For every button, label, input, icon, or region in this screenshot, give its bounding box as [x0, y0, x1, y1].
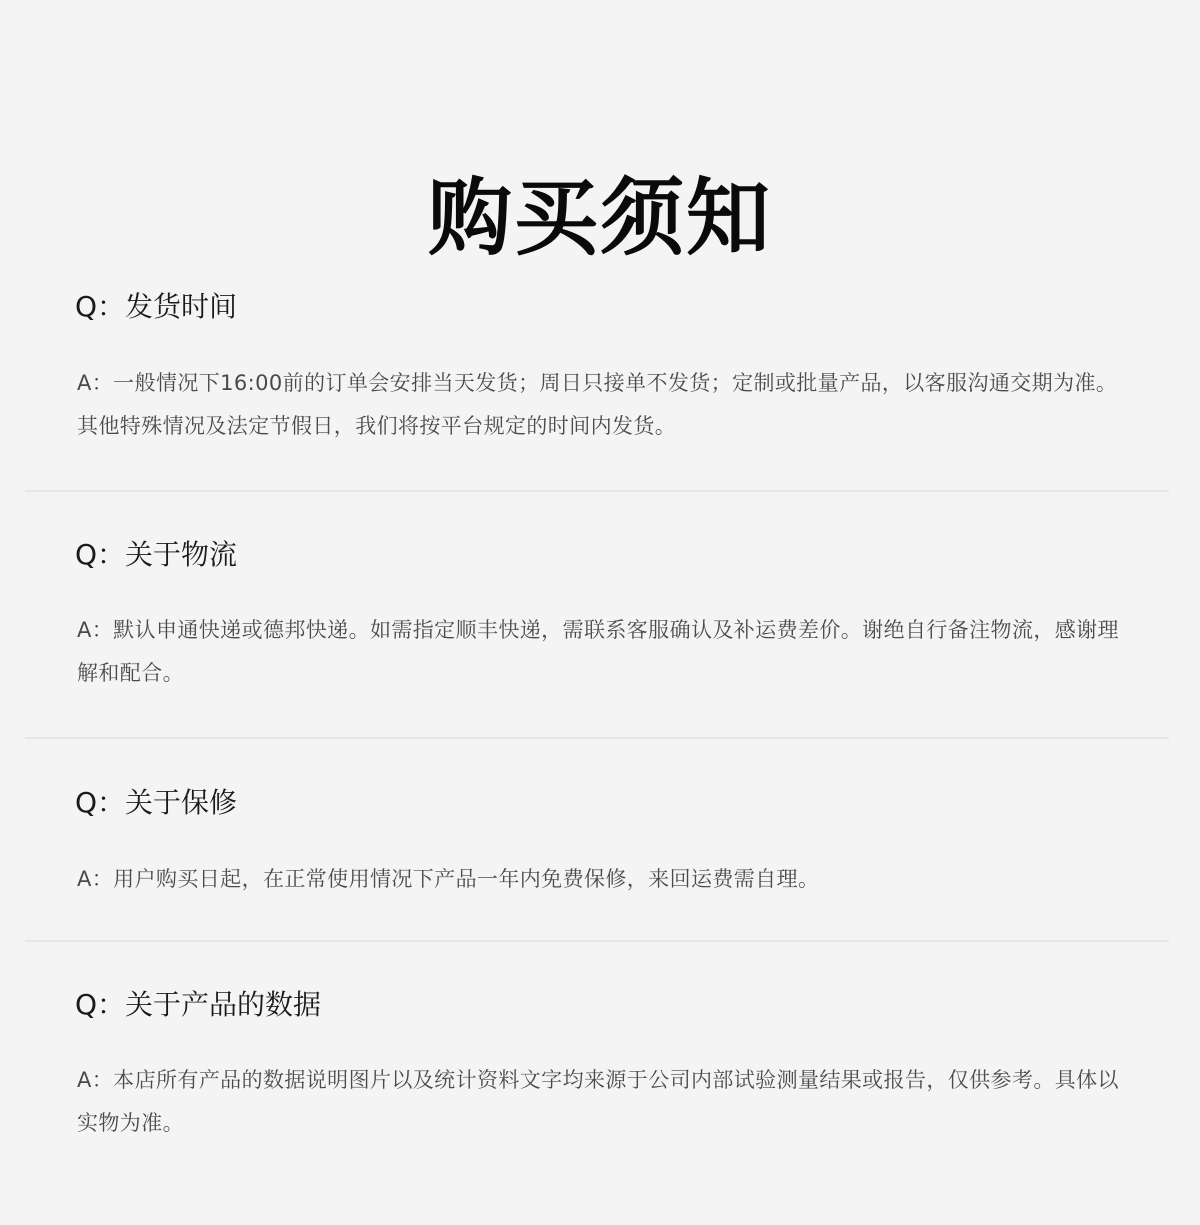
page-title: 购买须知: [0, 168, 1200, 268]
divider: [25, 490, 1169, 492]
faq-question-shipping-time: Q：发货时间: [75, 289, 237, 325]
divider: [25, 737, 1169, 739]
faq-answer-shipping-time: A：一般情况下16:00前的订单会安排当天发货；周日只接单不发货；定制或批量产品…: [77, 362, 1137, 448]
faq-question-product-data: Q：关于产品的数据: [75, 987, 321, 1023]
faq-answer-logistics: A：默认申通快递或德邦快递。如需指定顺丰快递，需联系客服确认及补运费差价。谢绝自…: [77, 609, 1137, 695]
faq-question-warranty: Q：关于保修: [75, 785, 237, 821]
divider: [25, 940, 1169, 942]
faq-question-logistics: Q：关于物流: [75, 537, 237, 573]
faq-answer-warranty: A：用户购买日起，在正常使用情况下产品一年内免费保修，来回运费需自理。: [77, 858, 1137, 901]
faq-answer-product-data: A：本店所有产品的数据说明图片以及统计资料文字均来源于公司内部试验测量结果或报告…: [77, 1059, 1137, 1145]
